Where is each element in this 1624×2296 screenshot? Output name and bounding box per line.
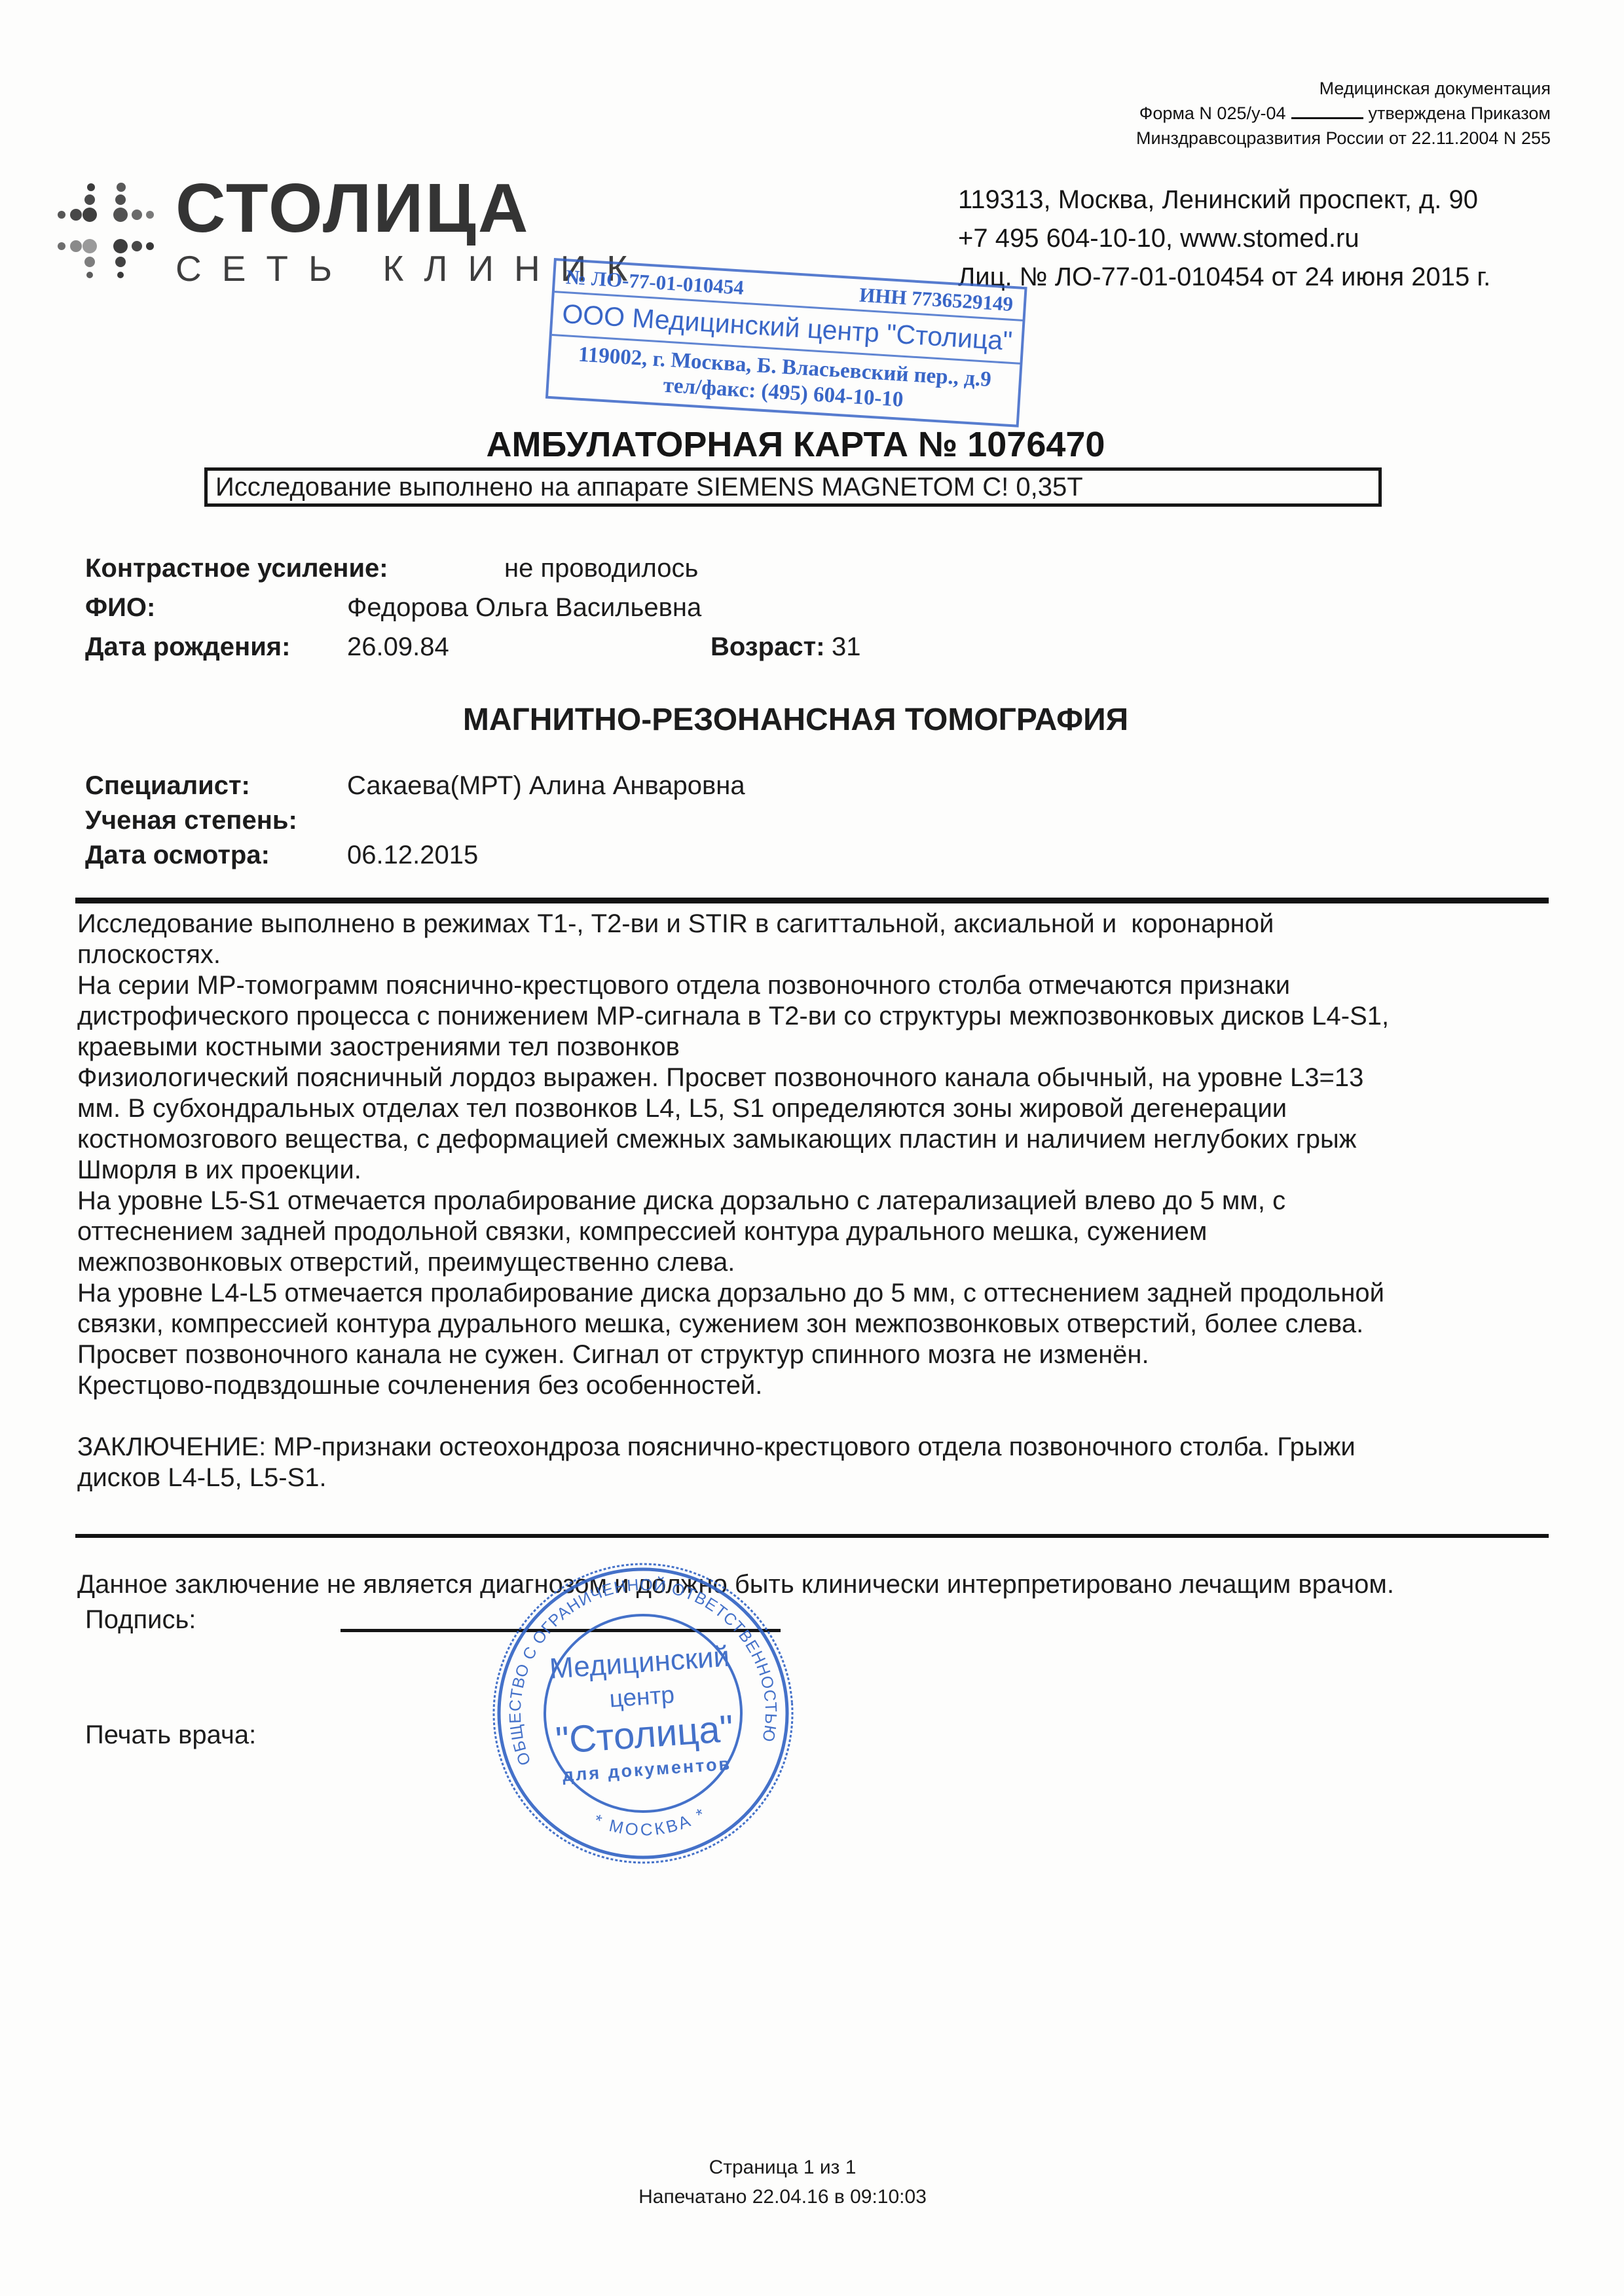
clinic-address: 119313, Москва, Ленинский проспект, д. 9… bbox=[958, 181, 1490, 219]
report-line: оттеснением задней продольной связки, ко… bbox=[77, 1216, 1559, 1247]
report-line: связки, компрессией контура дурального м… bbox=[77, 1309, 1559, 1339]
study-fields: Специалист: Сакаева(МРТ) Алина Анваровна… bbox=[85, 771, 1539, 875]
degree-label: Ученая степень: bbox=[85, 806, 297, 835]
divider-bottom bbox=[75, 1534, 1549, 1538]
rect-stamp-inn: ИНН 7736529149 bbox=[858, 283, 1014, 316]
clinic-logo-name: СТОЛИЦА bbox=[175, 175, 648, 241]
contrast-row: Контрастное усиление: не проводилось bbox=[85, 554, 1539, 593]
report-line: Физиологический поясничный лордоз выраже… bbox=[77, 1063, 1559, 1093]
name-value: Федорова Ольга Васильевна bbox=[347, 593, 701, 623]
report-line: Исследование выполнено в режимах Т1-, Т2… bbox=[77, 909, 1559, 939]
form-info-line1: Медицинская документация bbox=[1136, 76, 1551, 101]
name-row: ФИО: Федорова Ольга Васильевна bbox=[85, 593, 1539, 632]
logo-dots-icon bbox=[55, 181, 161, 287]
page-footer: Страница 1 из 1 Напечатано 22.04.16 в 09… bbox=[0, 2153, 1565, 2212]
contrast-value: не проводилось bbox=[504, 554, 698, 583]
form-info-line3: Минздравсоцразвития России от 22.11.2004… bbox=[1136, 126, 1551, 151]
form-info-block: Медицинская документация Форма N 025/у-0… bbox=[1136, 76, 1551, 151]
report-line: ЗАКЛЮЧЕНИЕ: МР-признаки остеохондроза по… bbox=[77, 1432, 1559, 1463]
disclaimer-text: Данное заключение не является диагнозом … bbox=[77, 1570, 1559, 1599]
name-label: ФИО: bbox=[85, 593, 155, 623]
round-stamp-center-line3: "Столица" bbox=[554, 1707, 735, 1762]
seal-label: Печать врача: bbox=[85, 1721, 256, 1750]
birth-value: 26.09.84 bbox=[347, 632, 449, 662]
clinic-phone-site: +7 495 604-10-10, www.stomed.ru bbox=[958, 219, 1490, 258]
clinic-contact-block: 119313, Москва, Ленинский проспект, д. 9… bbox=[958, 181, 1490, 297]
blank-underline bbox=[1291, 108, 1363, 119]
card-title: АМБУЛАТОРНАЯ КАРТА № 1076470 bbox=[0, 424, 1591, 465]
form-number: Форма N 025/у-04 bbox=[1139, 103, 1286, 123]
age-label: Возраст: bbox=[710, 632, 825, 662]
report-line: На уровне L5-S1 отмечается пролабировани… bbox=[77, 1186, 1559, 1216]
printed-info: Напечатано 22.04.16 в 09:10:03 bbox=[0, 2182, 1565, 2212]
specialist-row: Специалист: Сакаева(МРТ) Алина Анваровна bbox=[85, 771, 1539, 806]
report-line: Просвет позвоночного канала не сужен. Си… bbox=[77, 1339, 1559, 1370]
form-approved: утверждена Приказом bbox=[1369, 103, 1551, 123]
report-line: мм. В субхондральных отделах тел позвонк… bbox=[77, 1093, 1559, 1124]
exam-date-label: Дата осмотра: bbox=[85, 841, 270, 870]
page-info: Страница 1 из 1 bbox=[0, 2153, 1565, 2182]
clinic-license: Лиц. № ЛО-77-01-010454 от 24 июня 2015 г… bbox=[958, 258, 1490, 297]
patient-fields: Контрастное усиление: не проводилось ФИО… bbox=[85, 554, 1539, 672]
exam-date-value: 06.12.2015 bbox=[347, 841, 478, 870]
report-line bbox=[77, 1401, 1559, 1432]
round-stamp-bottom-text: * МОСКВА * bbox=[590, 1802, 712, 1844]
signature-label: Подпись: bbox=[85, 1605, 196, 1635]
document-page: Медицинская документация Форма N 025/у-0… bbox=[0, 0, 1624, 2296]
report-line: костномозгового вещества, с деформацией … bbox=[77, 1124, 1559, 1155]
round-stamp-center-line1: Медицинский bbox=[549, 1641, 731, 1685]
report-line: краевыми костными заострениями тел позво… bbox=[77, 1032, 1559, 1063]
clinic-rect-stamp: № ЛО-77-01-010454 ИНН 7736529149 ООО Мед… bbox=[545, 258, 1027, 428]
device-note-box: Исследование выполнено на аппарате SIEME… bbox=[204, 467, 1382, 507]
form-info-line2: Форма N 025/у-04утверждена Приказом bbox=[1136, 101, 1551, 126]
svg-text:* МОСКВА *: * МОСКВА * bbox=[590, 1802, 712, 1844]
birth-row: Дата рождения: 26.09.84 Возраст: 31 bbox=[85, 632, 1539, 672]
specialist-label: Специалист: bbox=[85, 771, 250, 801]
report-line: плоскостях. bbox=[77, 939, 1559, 970]
report-line: На уровне L4-L5 отмечается пролабировани… bbox=[77, 1278, 1559, 1309]
report-line: межпозвонковых отверстий, преимущественн… bbox=[77, 1247, 1559, 1278]
report-line: Крестцово-подвздошные сочленения без осо… bbox=[77, 1370, 1559, 1401]
contrast-label: Контрастное усиление: bbox=[85, 554, 388, 583]
exam-date-row: Дата осмотра: 06.12.2015 bbox=[85, 841, 1539, 875]
section-title: МАГНИТНО-РЕЗОНАНСНАЯ ТОМОГРАФИЯ bbox=[0, 702, 1591, 738]
report-line: дистрофического процесса с понижением МР… bbox=[77, 1001, 1559, 1032]
report-body: Исследование выполнено в режимах Т1-, Т2… bbox=[77, 909, 1559, 1493]
specialist-value: Сакаева(МРТ) Алина Анваровна bbox=[347, 771, 745, 801]
age-value: 31 bbox=[832, 632, 861, 662]
degree-row: Ученая степень: bbox=[85, 806, 1539, 841]
birth-label: Дата рождения: bbox=[85, 632, 290, 662]
divider-top bbox=[75, 898, 1549, 903]
report-line: дисков L4-L5, L5-S1. bbox=[77, 1463, 1559, 1493]
round-stamp-center-line2: центр bbox=[608, 1681, 675, 1713]
clinic-round-stamp: ОБЩЕСТВО С ОГРАНИЧЕННОЙ ОТВЕТСТВЕННОСТЬЮ… bbox=[479, 1549, 807, 1878]
report-line: Шморля в их проекции. bbox=[77, 1155, 1559, 1186]
report-line: На серии МР-томограмм пояснично-крестцов… bbox=[77, 970, 1559, 1001]
